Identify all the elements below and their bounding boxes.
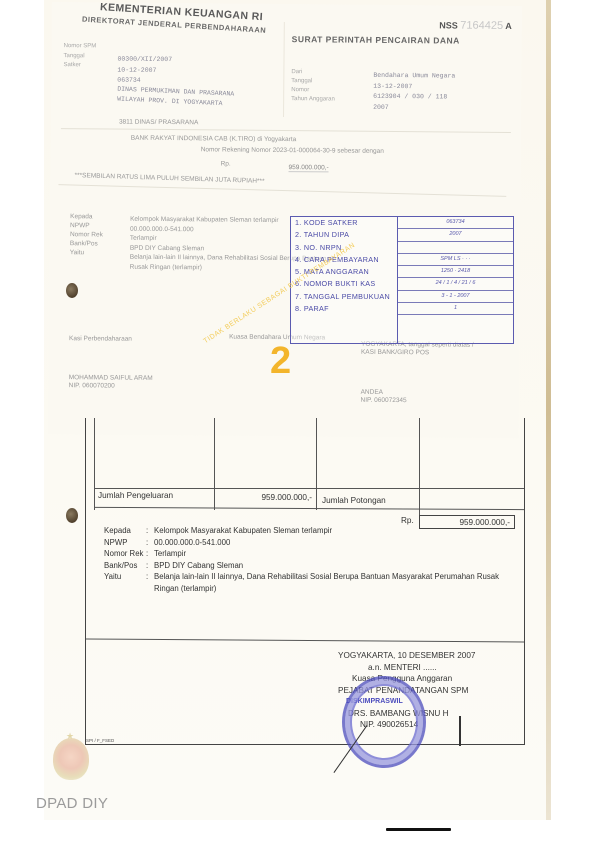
nss-suffix: A (505, 21, 512, 31)
amount-words: ***SEMBILAN RATUS LIMA PULUH SEMBILAN JU… (74, 172, 264, 185)
from-value: Bendahara Umum Negara (373, 72, 455, 80)
recipient-key: NPWP (104, 537, 146, 549)
rule-2 (58, 184, 506, 197)
sign-place-date: YOGYAKARTA, 10 DESEMBER 2007 (338, 650, 475, 662)
key-yaitu: Yaitu (70, 248, 103, 257)
spm-sheet: Jumlah Pengeluaran 959.000.000,- Jumlah … (85, 418, 525, 745)
sp2d-right-labels: Dari Tanggal Nomor Tahun Anggaran (291, 68, 335, 104)
sp2d-left-labels: Nomor SPM Tanggal Satker (63, 42, 96, 71)
doc-title: SURAT PERINTAH PENCAIRAN DANA (292, 34, 512, 46)
recipient-key: Yaitu (104, 571, 146, 594)
key-kepada: Kepada (70, 212, 103, 221)
spm-number: 00300/XII/2007 (117, 56, 172, 63)
signature-stroke (459, 716, 461, 746)
punch-hole (66, 508, 78, 523)
recipient-value: BPD DIY Cabang Sleman (154, 560, 524, 572)
recipient-row-kepada: Kepada:Kelompok Masyarakat Kabupaten Sle… (104, 525, 524, 537)
label-tahun-anggaran: Tahun Anggaran (291, 95, 335, 104)
signer-3-nip: NIP. 060072345 (360, 397, 406, 405)
recipient-key: Nomor Rek (104, 548, 146, 560)
recipient-value: Belanja lain-lain II lainnya, Dana Rehab… (154, 571, 524, 594)
stamp-value-4: SPM LS · · · (398, 254, 513, 266)
label-nomor-spm: Nomor SPM (64, 42, 97, 52)
signer-1-nip: NIP. 060070200 (69, 382, 153, 391)
recipient-key: Bank/Pos (104, 560, 146, 572)
page-indicator (386, 828, 451, 831)
label-tanggal-right: Tanggal (291, 77, 335, 86)
verification-stamp: 1. KODE SATKER 2. TAHUN DIPA 3. NO. NRPN… (290, 216, 514, 344)
stamp-label-tahun-dipa: 2. TAHUN DIPA (291, 229, 397, 241)
stamp-values: 063734 2007 SPM LS · · · 1250 · 2418 24 … (398, 217, 513, 343)
total-deduction-label: Jumlah Potongan (322, 496, 386, 505)
row-line (94, 507, 524, 510)
signer-1: MOHAMMAD SAIFUL ARAM NIP. 060070200 (69, 374, 153, 391)
recipient-value: Terlampir (154, 548, 524, 560)
recipient-value: 00.000.000.0-541.000 (154, 537, 524, 549)
column-line (419, 418, 420, 528)
stamp-value-7: 3 - 1 - 2007 (398, 291, 513, 303)
recipient-row-yaitu: Yaitu:Belanja lain-lain II lainnya, Dana… (104, 571, 524, 594)
label-dari: Dari (291, 68, 335, 77)
copy-number: 2 (270, 340, 291, 383)
stamp-value-1: 063734 (398, 217, 513, 229)
column-line (316, 418, 317, 510)
key-npwp: NPWP (70, 221, 103, 230)
sp2d-left-fields: 00300/XII/2007 10-12-2007 063734 DINAS P… (117, 55, 234, 109)
stamp-value-8: 1 (398, 303, 513, 315)
total-expense-value: 959.000.000,- (216, 493, 312, 502)
stamp-label-kode-satker: 1. KODE SATKER (291, 217, 397, 229)
recipient-keys: Kepada NPWP Nomor Rek Bank/Pos Yaitu (70, 212, 103, 257)
label-satker: Satker (63, 61, 96, 71)
sign-line-1: a.n. MENTERI ...... (338, 662, 475, 674)
dpad-emblem-icon (53, 738, 89, 780)
recipient-row-bank: Bank/Pos:BPD DIY Cabang Sleman (104, 560, 524, 572)
number-value: 6123904 / 030 / 118 (373, 93, 447, 101)
satker-code: 063734 (117, 77, 140, 84)
nss-number: 7164425 (460, 20, 503, 32)
classification-line: 3811 DINAS/ PRASARANA (119, 119, 198, 127)
signer-1-role: Kasi Perbendaharaan (69, 335, 132, 343)
date-value: 13-12-2007 (373, 82, 412, 89)
bank-line: BANK RAKYAT INDONESIA CAB (K.TIRO) di Yo… (131, 135, 297, 143)
key-bank: Bank/Pos (70, 239, 103, 248)
recipient-row-npwp: NPWP:00.000.000.0-541.000 (104, 537, 524, 549)
sp2d-header-left: KEMENTERIAN KEUANGAN RI DIREKTORAT JENDE… (100, 6, 300, 31)
stamp-label-nomor-bukti-kas: 6. NOMOR BUKTI KAS (291, 278, 397, 290)
header-divider (283, 22, 285, 117)
sp2d-header-right: NSS 7164425 A SURAT PERINTAH PENCAIRAN D… (292, 18, 512, 46)
nss: NSS 7164425 A (292, 18, 512, 32)
spm-recipient: Kepada:Kelompok Masyarakat Kabupaten Sle… (104, 525, 524, 594)
stamp-label-paraf: 8. PARAF (291, 303, 397, 315)
rp-label: Rp. (401, 516, 414, 525)
rule-1 (61, 128, 511, 133)
official-round-stamp (342, 676, 426, 768)
key-rek: Nomor Rek (70, 230, 103, 239)
signer-3: ANDEA NIP. 060072345 (360, 389, 406, 405)
account-line: Nomor Rekening Nomor 2023-01-000064-30-9… (201, 146, 384, 155)
recipient-key: Kepada (104, 525, 146, 537)
label-tanggal: Tanggal (63, 52, 96, 62)
label-nomor: Nomor (291, 86, 335, 95)
stamp-value-5: 1250 · 2418 (398, 266, 513, 278)
amount-value: 959.000.000,- (289, 164, 329, 172)
watermark: DPAD DIY (36, 795, 108, 812)
punch-hole (66, 283, 78, 298)
recipient-value: Kelompok Masyarakat Kabupaten Sleman ter… (154, 525, 524, 537)
column-line (214, 418, 215, 510)
row-line (94, 488, 524, 489)
stamp-label-tanggal-pembukuan: 7. TANGGAL PEMBUKUAN (291, 291, 397, 303)
stamp-value-blank (398, 315, 513, 326)
year-value: 2007 (373, 103, 389, 110)
column-line (94, 418, 95, 510)
amount-label: Rp. (221, 160, 231, 167)
stamp-value-6: 24 / 1 / 4 / 21 / 6 (398, 278, 513, 290)
paper-edge (546, 0, 551, 820)
nss-label: NSS (439, 20, 458, 30)
row-line (86, 638, 524, 642)
stamp-labels: 1. KODE SATKER 2. TAHUN DIPA 3. NO. NRPN… (291, 217, 398, 343)
total-expense-label: Jumlah Pengeluaran (98, 491, 173, 500)
spm-date: 10-12-2007 (117, 66, 156, 73)
stamp-value-3 (398, 242, 513, 254)
form-code: SPI / F_FSED (86, 738, 114, 743)
sp2d-right-values: Bendahara Umum Negara 13-12-2007 6123904… (373, 71, 455, 114)
stamp-value-2: 2007 (398, 229, 513, 241)
recipient-row-rek: Nomor Rek:Terlampir (104, 548, 524, 560)
